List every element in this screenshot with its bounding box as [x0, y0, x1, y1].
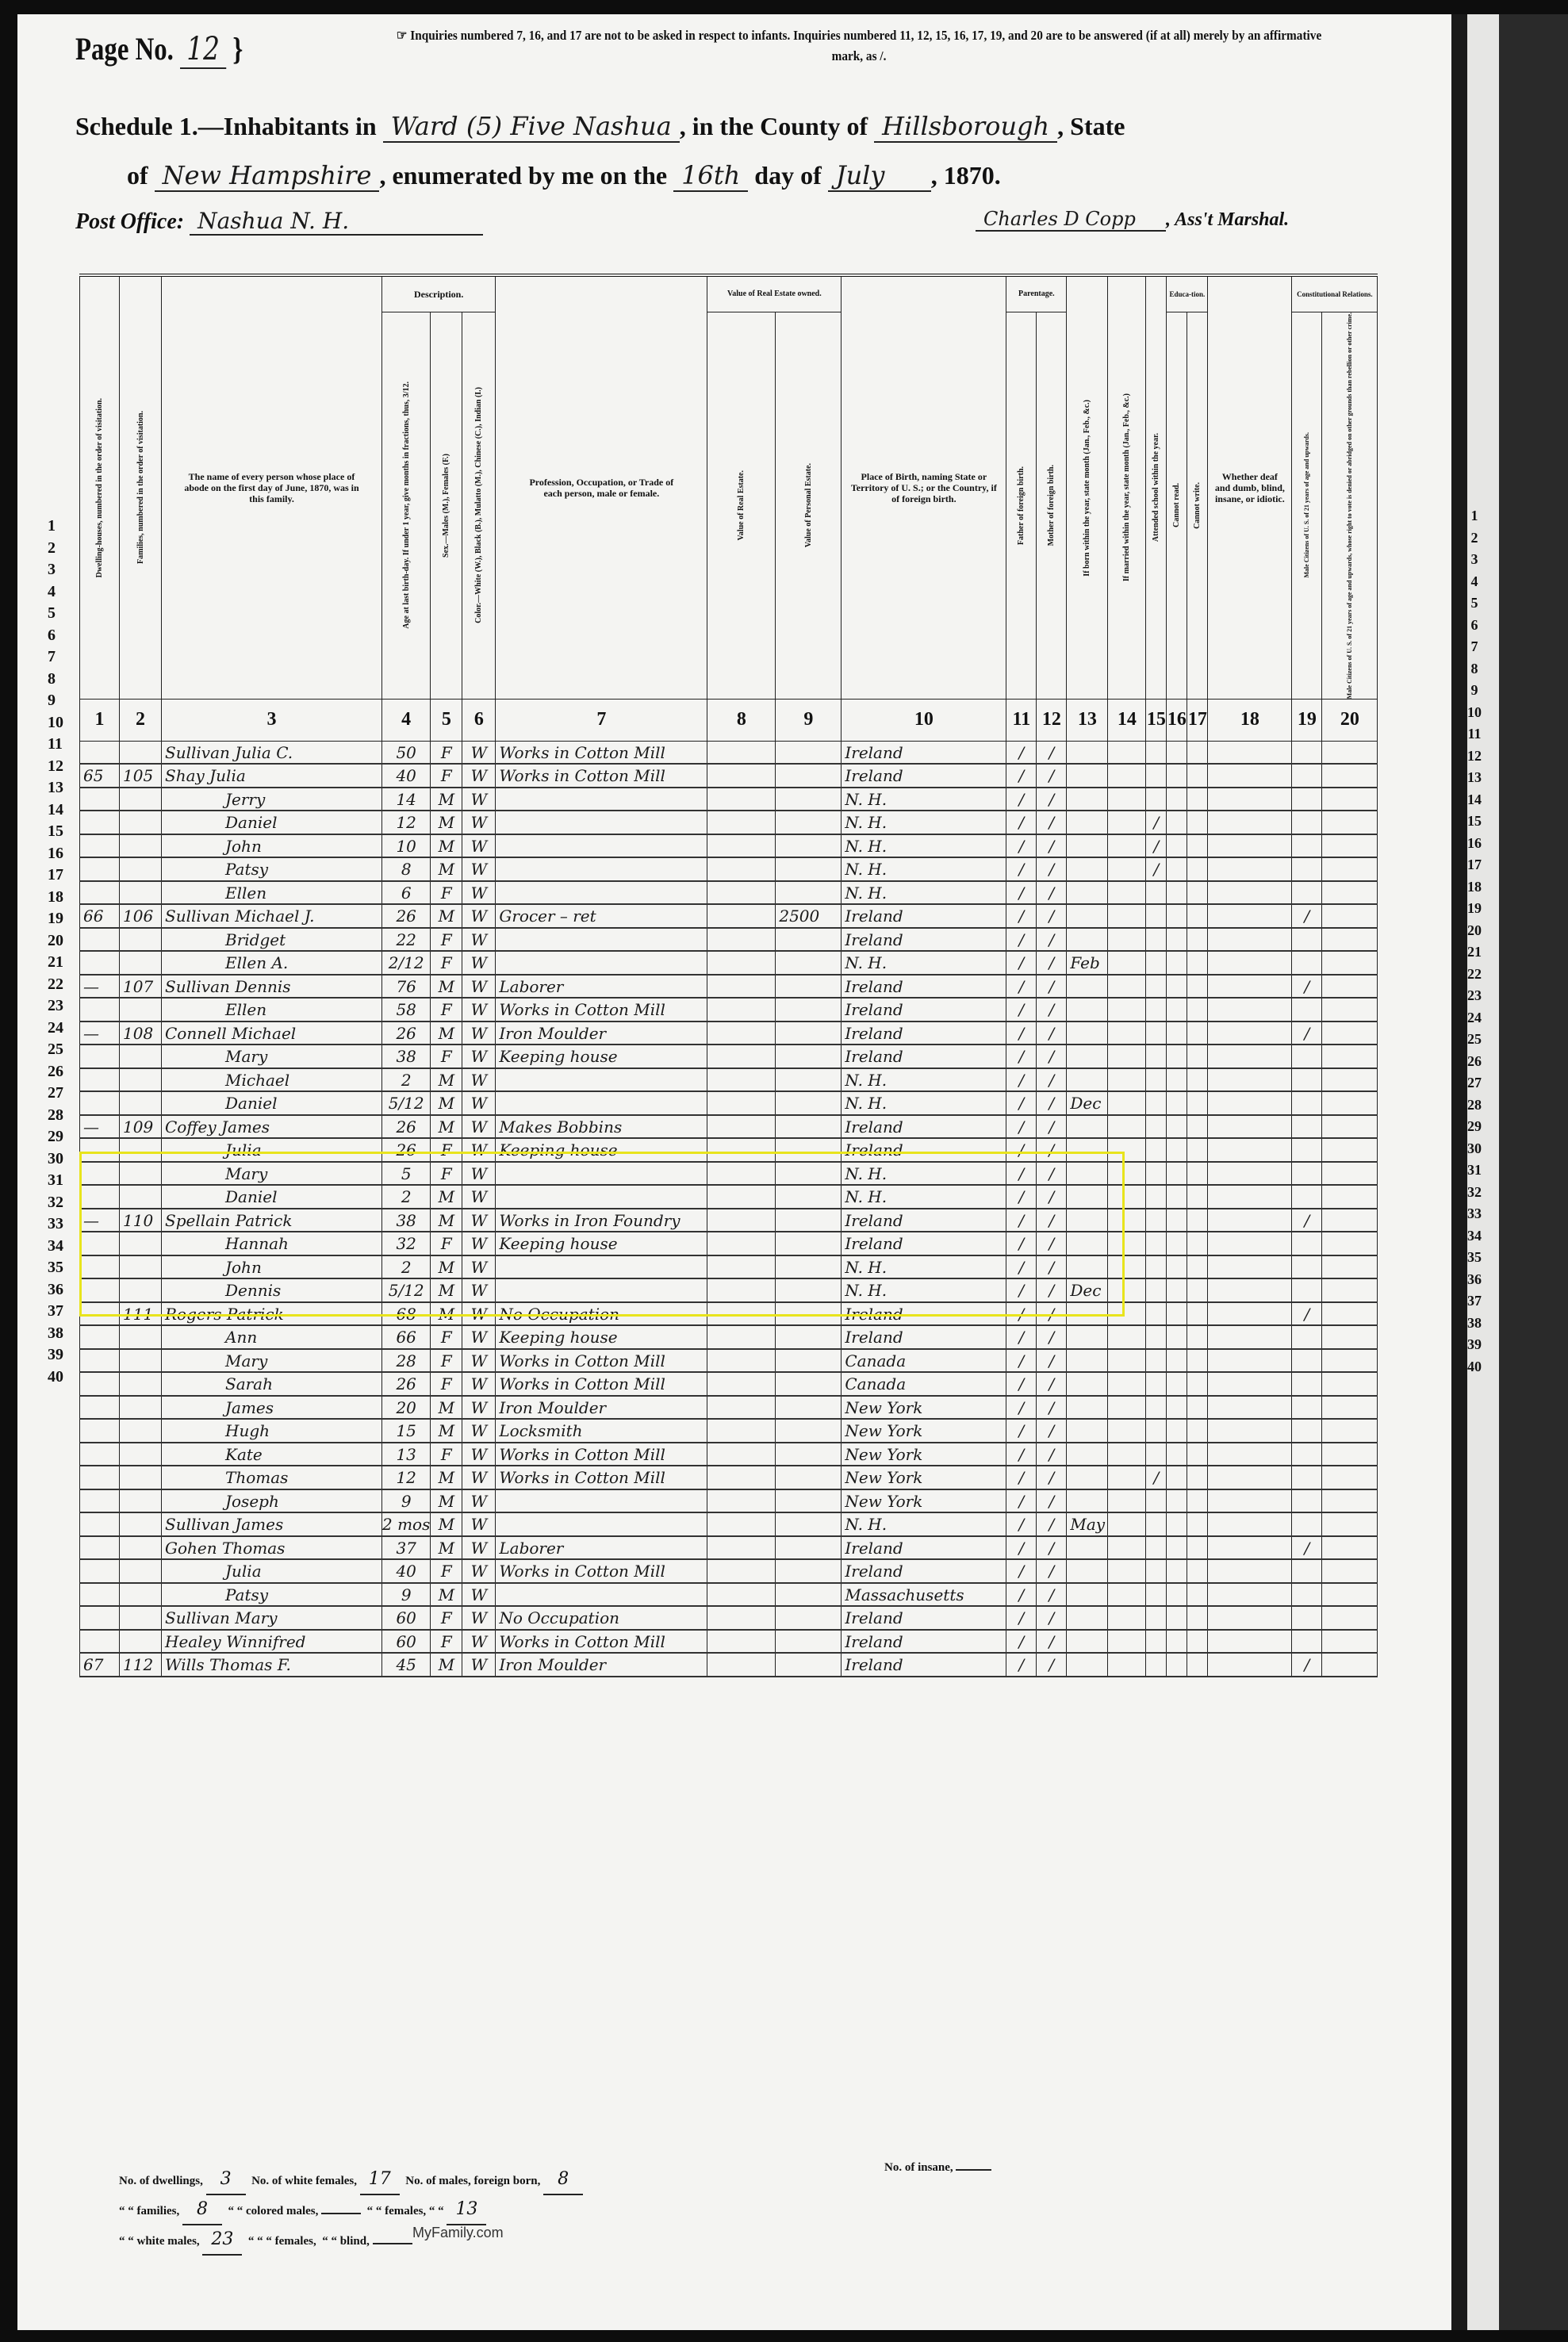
family-number-cell	[120, 1630, 162, 1654]
dwelling-number-cell	[80, 1396, 120, 1420]
married-within-year-cell	[1108, 1559, 1146, 1583]
dwelling-number-cell: —	[80, 1302, 120, 1326]
cannot-write-cell	[1187, 1489, 1208, 1513]
attended-school-cell	[1146, 1536, 1167, 1560]
real-estate-value-cell	[707, 975, 776, 999]
birthplace-cell: Ireland	[842, 1302, 1006, 1326]
father-foreign-cell: /	[1006, 1022, 1037, 1045]
total-dwellings: 3	[206, 2165, 246, 2195]
instructions-note: ☞ Inquiries numbered 7, 16, and 17 are n…	[381, 25, 1337, 67]
color-cell: W	[462, 1162, 496, 1186]
color-cell: W	[462, 904, 496, 928]
line-number: 27	[48, 1084, 63, 1102]
age-cell: 2	[382, 1255, 431, 1279]
attended-school-cell	[1146, 1419, 1167, 1443]
right-line-number: 15	[1463, 813, 1486, 830]
vote-denied-cell	[1322, 834, 1378, 858]
deaf-blind-cell	[1208, 1606, 1292, 1630]
birthplace-cell: Ireland	[842, 928, 1006, 952]
color-cell: W	[462, 1022, 496, 1045]
person-name-cell: Mary	[162, 1162, 382, 1186]
cannot-write-cell	[1187, 1653, 1208, 1677]
mother-foreign-cell: /	[1037, 1255, 1067, 1279]
father-foreign-cell: /	[1006, 1255, 1037, 1279]
married-within-year-cell	[1108, 1396, 1146, 1420]
real-estate-value-cell	[707, 811, 776, 834]
color-cell: W	[462, 1653, 496, 1677]
dwelling-number-cell: 65	[80, 764, 120, 788]
born-within-year-cell	[1067, 1232, 1108, 1255]
color-cell: W	[462, 1583, 496, 1607]
sex-cell: M	[431, 1396, 462, 1420]
age-cell: 2/12	[382, 951, 431, 975]
line-number: 12	[48, 757, 63, 776]
real-estate-value-cell	[707, 1045, 776, 1068]
mother-foreign-cell: /	[1037, 1512, 1067, 1536]
right-line-number: 31	[1463, 1162, 1486, 1179]
post-office-field: Nashua N. H.	[190, 208, 483, 236]
person-name-cell: Jerry	[162, 788, 382, 811]
cannot-read-cell	[1167, 1278, 1187, 1302]
table-row: John2MWN. H.//	[80, 1255, 1378, 1279]
male-citizen-cell	[1292, 1419, 1322, 1443]
father-foreign-cell: /	[1006, 1185, 1037, 1209]
married-within-year-cell	[1108, 998, 1146, 1022]
personal-estate-value-cell	[776, 1045, 842, 1068]
real-estate-value-cell	[707, 1443, 776, 1466]
male-citizen-cell	[1292, 951, 1322, 975]
attended-school-cell	[1146, 1630, 1167, 1654]
person-name-cell: Gohen Thomas	[162, 1536, 382, 1560]
sex-cell: F	[431, 1443, 462, 1466]
male-citizen-cell	[1292, 1045, 1322, 1068]
married-within-year-cell	[1108, 881, 1146, 905]
personal-estate-value-cell	[776, 1489, 842, 1513]
col-header-birthplace: Place of Birth, naming State or Territor…	[842, 275, 1006, 699]
color-cell: W	[462, 1209, 496, 1232]
age-cell: 76	[382, 975, 431, 999]
col-header-real-estate: Value of Real Estate.	[707, 312, 776, 699]
male-citizen-cell	[1292, 1325, 1322, 1349]
mother-foreign-cell: /	[1037, 1372, 1067, 1396]
married-within-year-cell	[1108, 1138, 1146, 1162]
color-cell: W	[462, 741, 496, 764]
born-within-year-cell	[1067, 1630, 1108, 1654]
deaf-blind-cell	[1208, 857, 1292, 881]
family-number-cell	[120, 1419, 162, 1443]
line-number: 30	[48, 1150, 63, 1168]
real-estate-value-cell	[707, 1559, 776, 1583]
right-line-number: 32	[1463, 1184, 1486, 1201]
personal-estate-value-cell	[776, 1372, 842, 1396]
table-row: Joseph9MWNew York//	[80, 1489, 1378, 1513]
cannot-read-cell	[1167, 1536, 1187, 1560]
table-row: —110Spellain Patrick38MWWorks in Iron Fo…	[80, 1209, 1378, 1232]
right-line-number: 28	[1463, 1097, 1486, 1114]
father-foreign-cell: /	[1006, 1278, 1037, 1302]
male-citizen-cell	[1292, 1185, 1322, 1209]
vote-denied-cell	[1322, 975, 1378, 999]
male-citizen-cell: /	[1292, 1653, 1322, 1677]
age-cell: 26	[382, 1115, 431, 1139]
real-estate-value-cell	[707, 1162, 776, 1186]
occupation-cell	[496, 1185, 707, 1209]
cannot-read-cell	[1167, 1068, 1187, 1092]
person-name-cell: John	[162, 1255, 382, 1279]
vote-denied-cell	[1322, 1045, 1378, 1068]
person-name-cell: Julia	[162, 1138, 382, 1162]
cannot-read-cell	[1167, 951, 1187, 975]
born-within-year-cell	[1067, 1443, 1108, 1466]
father-foreign-cell: /	[1006, 1115, 1037, 1139]
total-white-females: 17	[360, 2165, 400, 2195]
line-number: 11	[48, 735, 63, 753]
cannot-write-cell	[1187, 1232, 1208, 1255]
color-cell: W	[462, 1255, 496, 1279]
married-within-year-cell	[1108, 1349, 1146, 1373]
dwelling-number-cell	[80, 1045, 120, 1068]
father-foreign-cell: /	[1006, 881, 1037, 905]
married-within-year-cell	[1108, 1489, 1146, 1513]
person-name-cell: Sullivan Mary	[162, 1606, 382, 1630]
color-cell: W	[462, 1606, 496, 1630]
occupation-cell: Locksmith	[496, 1419, 707, 1443]
vote-denied-cell	[1322, 928, 1378, 952]
occupation-cell: Laborer	[496, 975, 707, 999]
person-name-cell: Thomas	[162, 1466, 382, 1489]
married-within-year-cell	[1108, 1466, 1146, 1489]
born-within-year-cell	[1067, 834, 1108, 858]
married-within-year-cell	[1108, 1536, 1146, 1560]
right-line-number: 27	[1463, 1075, 1486, 1091]
attended-school-cell	[1146, 1349, 1167, 1373]
col-header-personal-estate: Value of Personal Estate.	[776, 312, 842, 699]
person-name-cell: John	[162, 834, 382, 858]
cannot-read-cell	[1167, 1209, 1187, 1232]
cannot-read-cell	[1167, 788, 1187, 811]
dwelling-number-cell	[80, 1419, 120, 1443]
color-cell: W	[462, 1489, 496, 1513]
cannot-read-cell	[1167, 1512, 1187, 1536]
right-line-number: 22	[1463, 966, 1486, 983]
color-cell: W	[462, 1349, 496, 1373]
real-estate-value-cell	[707, 1653, 776, 1677]
occupation-cell	[496, 834, 707, 858]
male-citizen-cell	[1292, 1630, 1322, 1654]
father-foreign-cell: /	[1006, 1630, 1037, 1654]
age-cell: 50	[382, 741, 431, 764]
table-row: Ellen A.2/12FWN. H.//Feb	[80, 951, 1378, 975]
total-females-foreign: 13	[447, 2195, 486, 2225]
col-header-education: Educa-tion.	[1167, 275, 1208, 312]
attended-school-cell	[1146, 1138, 1167, 1162]
cannot-write-cell	[1187, 1536, 1208, 1560]
male-citizen-cell	[1292, 1489, 1322, 1513]
right-line-number: 29	[1463, 1118, 1486, 1135]
total-blind	[373, 2243, 412, 2244]
personal-estate-value-cell	[776, 811, 842, 834]
color-cell: W	[462, 1443, 496, 1466]
right-line-number: 37	[1463, 1293, 1486, 1309]
family-number-cell	[120, 1606, 162, 1630]
person-name-cell: Connell Michael	[162, 1022, 382, 1045]
attended-school-cell	[1146, 1559, 1167, 1583]
real-estate-value-cell	[707, 1091, 776, 1115]
family-number-cell	[120, 1559, 162, 1583]
occupation-cell: Grocer – ret	[496, 904, 707, 928]
cannot-write-cell	[1187, 1512, 1208, 1536]
married-within-year-cell	[1108, 741, 1146, 764]
married-within-year-cell	[1108, 788, 1146, 811]
occupation-cell	[496, 1583, 707, 1607]
mother-foreign-cell: /	[1037, 1349, 1067, 1373]
attended-school-cell	[1146, 975, 1167, 999]
dwelling-number-cell	[80, 834, 120, 858]
personal-estate-value-cell	[776, 741, 842, 764]
mother-foreign-cell: /	[1037, 975, 1067, 999]
vote-denied-cell	[1322, 904, 1378, 928]
age-cell: 37	[382, 1536, 431, 1560]
right-line-number: 24	[1463, 1010, 1486, 1026]
born-within-year-cell	[1067, 1068, 1108, 1092]
day-field: 16th	[673, 160, 748, 192]
mother-foreign-cell: /	[1037, 1396, 1067, 1420]
real-estate-value-cell	[707, 1372, 776, 1396]
vote-denied-cell	[1322, 1583, 1378, 1607]
line-number: 13	[48, 779, 63, 797]
mother-foreign-cell: /	[1037, 1115, 1067, 1139]
vote-denied-cell	[1322, 1372, 1378, 1396]
line-number: 35	[48, 1259, 63, 1277]
cannot-read-cell	[1167, 1091, 1187, 1115]
mother-foreign-cell: /	[1037, 1419, 1067, 1443]
father-foreign-cell: /	[1006, 1396, 1037, 1420]
father-foreign-cell: /	[1006, 1325, 1037, 1349]
occupation-cell: Works in Cotton Mill	[496, 764, 707, 788]
deaf-blind-cell	[1208, 1583, 1292, 1607]
line-number: 20	[48, 932, 63, 950]
sex-cell: F	[431, 1045, 462, 1068]
sex-cell: M	[431, 834, 462, 858]
born-within-year-cell	[1067, 904, 1108, 928]
family-number-cell	[120, 1466, 162, 1489]
person-name-cell: Michael	[162, 1068, 382, 1092]
father-foreign-cell: /	[1006, 1232, 1037, 1255]
color-cell: W	[462, 1630, 496, 1654]
table-row: Mary5FWN. H.//	[80, 1162, 1378, 1186]
attended-school-cell	[1146, 1185, 1167, 1209]
deaf-blind-cell	[1208, 1091, 1292, 1115]
male-citizen-cell	[1292, 1466, 1322, 1489]
born-within-year-cell	[1067, 1536, 1108, 1560]
married-within-year-cell	[1108, 904, 1146, 928]
deaf-blind-cell	[1208, 1185, 1292, 1209]
attended-school-cell	[1146, 951, 1167, 975]
male-citizen-cell	[1292, 857, 1322, 881]
male-citizen-cell	[1292, 1583, 1322, 1607]
person-name-cell: Mary	[162, 1349, 382, 1373]
col-header-occupation: Profession, Occupation, or Trade of each…	[496, 275, 707, 699]
family-number-cell: 112	[120, 1653, 162, 1677]
cannot-read-cell	[1167, 1559, 1187, 1583]
male-citizen-cell	[1292, 1255, 1322, 1279]
birthplace-cell: N. H.	[842, 1091, 1006, 1115]
real-estate-value-cell	[707, 1583, 776, 1607]
table-row: Daniel5/12MWN. H.//Dec	[80, 1091, 1378, 1115]
sex-cell: M	[431, 857, 462, 881]
person-name-cell: Julia	[162, 1559, 382, 1583]
married-within-year-cell	[1108, 1443, 1146, 1466]
vote-denied-cell	[1322, 1255, 1378, 1279]
attended-school-cell	[1146, 1209, 1167, 1232]
person-name-cell: Healey Winnifred	[162, 1630, 382, 1654]
age-cell: 45	[382, 1653, 431, 1677]
vote-denied-cell	[1322, 1419, 1378, 1443]
dwelling-number-cell	[80, 881, 120, 905]
birthplace-cell: N. H.	[842, 1185, 1006, 1209]
real-estate-value-cell	[707, 834, 776, 858]
mother-foreign-cell: /	[1037, 764, 1067, 788]
attended-school-cell	[1146, 1091, 1167, 1115]
sex-cell: F	[431, 1138, 462, 1162]
table-row: Sarah26FWWorks in Cotton MillCanada//	[80, 1372, 1378, 1396]
age-cell: 38	[382, 1209, 431, 1232]
male-citizen-cell	[1292, 1068, 1322, 1092]
real-estate-value-cell	[707, 1185, 776, 1209]
line-number: 32	[48, 1194, 63, 1212]
attended-school-cell	[1146, 1255, 1167, 1279]
male-citizen-cell	[1292, 788, 1322, 811]
birthplace-cell: Ireland	[842, 1325, 1006, 1349]
col-header-dwelling: Dwelling-houses, numbered in the order o…	[80, 275, 120, 699]
cannot-write-cell	[1187, 1138, 1208, 1162]
table-row: Hannah32FWKeeping houseIreland//	[80, 1232, 1378, 1255]
right-line-number: 39	[1463, 1336, 1486, 1353]
table-row: 67112Wills Thomas F.45MWIron MoulderIrel…	[80, 1653, 1378, 1677]
right-line-number: 34	[1463, 1228, 1486, 1244]
vote-denied-cell	[1322, 857, 1378, 881]
line-number: 16	[48, 845, 63, 863]
born-within-year-cell: Dec	[1067, 1091, 1108, 1115]
attended-school-cell	[1146, 1512, 1167, 1536]
sex-cell: F	[431, 1630, 462, 1654]
dwelling-number-cell	[80, 857, 120, 881]
sex-cell: M	[431, 1583, 462, 1607]
dwelling-number-cell	[80, 741, 120, 764]
cannot-read-cell	[1167, 1372, 1187, 1396]
family-number-cell: 110	[120, 1209, 162, 1232]
mother-foreign-cell: /	[1037, 1583, 1067, 1607]
born-within-year-cell	[1067, 1138, 1108, 1162]
attended-school-cell	[1146, 1068, 1167, 1092]
cannot-write-cell	[1187, 1068, 1208, 1092]
married-within-year-cell	[1108, 1278, 1146, 1302]
person-name-cell: Wills Thomas F.	[162, 1653, 382, 1677]
color-cell: W	[462, 1512, 496, 1536]
deaf-blind-cell	[1208, 1396, 1292, 1420]
personal-estate-value-cell	[776, 1349, 842, 1373]
family-number-cell	[120, 1232, 162, 1255]
dwelling-number-cell	[80, 811, 120, 834]
born-within-year-cell	[1067, 1185, 1108, 1209]
col-header-male-citizens: Male Citizens of U. S. of 21 years of ag…	[1292, 312, 1322, 699]
married-within-year-cell	[1108, 1325, 1146, 1349]
occupation-cell: Works in Cotton Mill	[496, 1630, 707, 1654]
birthplace-cell: Ireland	[842, 1138, 1006, 1162]
cannot-read-cell	[1167, 928, 1187, 952]
personal-estate-value-cell	[776, 1443, 842, 1466]
birthplace-cell: New York	[842, 1443, 1006, 1466]
personal-estate-value-cell	[776, 1466, 842, 1489]
dwelling-number-cell	[80, 1162, 120, 1186]
attended-school-cell: /	[1146, 857, 1167, 881]
mother-foreign-cell: /	[1037, 881, 1067, 905]
cannot-read-cell	[1167, 1349, 1187, 1373]
color-cell: W	[462, 951, 496, 975]
father-foreign-cell: /	[1006, 1559, 1037, 1583]
person-name-cell: Sullivan Julia C.	[162, 741, 382, 764]
married-within-year-cell	[1108, 1372, 1146, 1396]
cannot-write-cell	[1187, 1419, 1208, 1443]
dwelling-number-cell	[80, 1068, 120, 1092]
born-within-year-cell	[1067, 1209, 1108, 1232]
cannot-write-cell	[1187, 857, 1208, 881]
sex-cell: M	[431, 1536, 462, 1560]
born-within-year-cell	[1067, 1559, 1108, 1583]
table-row: Ellen6FWN. H.//	[80, 881, 1378, 905]
cannot-write-cell	[1187, 1372, 1208, 1396]
deaf-blind-cell	[1208, 1068, 1292, 1092]
vote-denied-cell	[1322, 741, 1378, 764]
father-foreign-cell: /	[1006, 1091, 1037, 1115]
person-name-cell: Bridget	[162, 928, 382, 952]
col-header-married-within-year: If married within the year, state month …	[1108, 275, 1146, 699]
born-within-year-cell	[1067, 857, 1108, 881]
cannot-write-cell	[1187, 788, 1208, 811]
color-cell: W	[462, 1138, 496, 1162]
married-within-year-cell	[1108, 1232, 1146, 1255]
family-number-cell	[120, 1489, 162, 1513]
personal-estate-value-cell	[776, 1512, 842, 1536]
family-number-cell	[120, 1372, 162, 1396]
attended-school-cell	[1146, 1606, 1167, 1630]
total-males-foreign: 8	[543, 2165, 583, 2195]
deaf-blind-cell	[1208, 1255, 1292, 1279]
cannot-read-cell	[1167, 1325, 1187, 1349]
attended-school-cell	[1146, 1022, 1167, 1045]
col-header-deaf-blind: Whether deaf and dumb, blind, insane, or…	[1208, 275, 1292, 699]
male-citizen-cell: /	[1292, 1209, 1322, 1232]
real-estate-value-cell	[707, 951, 776, 975]
family-number-cell	[120, 1443, 162, 1466]
table-row: Kate13FWWorks in Cotton MillNew York//	[80, 1443, 1378, 1466]
personal-estate-value-cell	[776, 1559, 842, 1583]
scan-edge	[1499, 14, 1568, 2330]
deaf-blind-cell	[1208, 1162, 1292, 1186]
father-foreign-cell: /	[1006, 904, 1037, 928]
cannot-write-cell	[1187, 1302, 1208, 1326]
real-estate-value-cell	[707, 857, 776, 881]
birthplace-cell: Ireland	[842, 1630, 1006, 1654]
personal-estate-value-cell	[776, 1302, 842, 1326]
right-line-number: 21	[1463, 944, 1486, 960]
born-within-year-cell	[1067, 1115, 1108, 1139]
male-citizen-cell	[1292, 1349, 1322, 1373]
occupation-cell	[496, 811, 707, 834]
dwelling-number-cell: 67	[80, 1653, 120, 1677]
father-foreign-cell: /	[1006, 1583, 1037, 1607]
family-number-cell: 109	[120, 1115, 162, 1139]
